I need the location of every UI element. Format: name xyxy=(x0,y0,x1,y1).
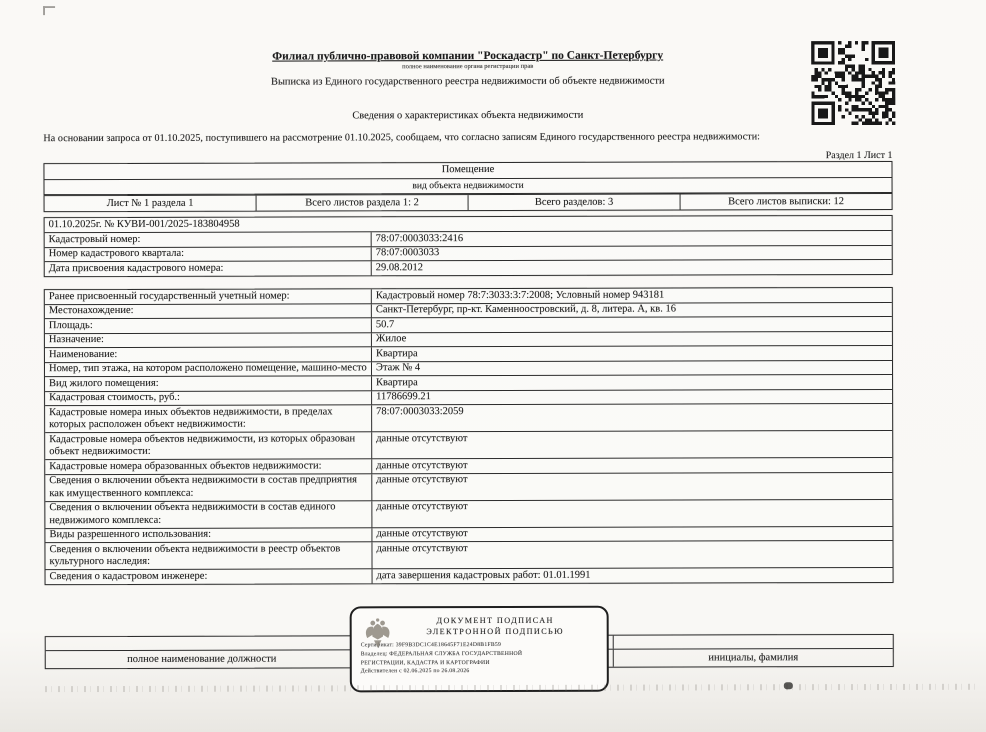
org-subtitle: полное наименование органа регистрации п… xyxy=(43,62,892,72)
stamp-line-1: ДОКУМЕНТ ПОДПИСАН xyxy=(361,615,598,627)
row-value: дата завершения кадастровых работ: 01.01… xyxy=(373,568,893,583)
table-row: Кадастровый номер: 78:07:0003033:2416 xyxy=(45,230,892,247)
stamp-line-2: ЭЛЕКТРОННОЙ ПОДПИСЬЮ xyxy=(361,626,598,638)
object-kind-caption: вид объекта недвижимости xyxy=(45,176,892,194)
row-label: Кадастровые номера образованных объектов… xyxy=(45,459,372,473)
row-label: Кадастровый номер: xyxy=(45,232,372,246)
row-value: Санкт-Петербург, пр-кт. Каменноостровски… xyxy=(372,302,892,317)
table-row: Местонахождение: Санкт-Петербург, пр-кт.… xyxy=(45,301,892,318)
row-value: данные отсутствуют xyxy=(372,458,892,473)
row-label: Сведения о кадастровом инженере: xyxy=(46,569,373,583)
sheet-info-cell: Всего листов выписки: 12 xyxy=(680,194,892,210)
row-value: данные отсутствуют xyxy=(372,431,892,458)
row-label: Дата присвоения кадастрового номера: xyxy=(45,261,372,275)
row-label: Виды разрешенного использования: xyxy=(45,528,372,542)
row-label: Кадастровые номера объектов недвижимости… xyxy=(45,432,372,459)
section-title: Сведения о характеристиках объекта недви… xyxy=(43,108,892,123)
table-row: Площадь: 50.7 xyxy=(45,316,892,333)
sheet-info-cell: Всего листов раздела 1: 2 xyxy=(256,195,468,211)
document-title: Выписка из Единого государственного реес… xyxy=(43,74,892,89)
row-label: Сведения о включении объекта недвижимост… xyxy=(45,501,372,528)
row-label: Кадастровые номера иных объектов недвижи… xyxy=(45,405,372,432)
row-label: Назначение: xyxy=(45,333,372,347)
row-label: Местонахождение: xyxy=(45,304,372,318)
table-row: Кадастровые номера образованных объектов… xyxy=(45,457,892,474)
scan-smudge xyxy=(784,682,793,689)
table-row: Кадастровые номера объектов недвижимости… xyxy=(45,430,892,459)
row-value: 29.08.2012 xyxy=(372,260,892,275)
row-value: 78:07:0003033 xyxy=(372,245,892,260)
row-label: Площадь: xyxy=(45,318,372,332)
row-value: Этаж № 4 xyxy=(372,360,892,375)
sheet-info-table: Лист № 1 раздела 1 Всего листов раздела … xyxy=(44,193,893,212)
signature-blank-right xyxy=(614,635,893,649)
row-value: Квартира xyxy=(372,375,892,390)
row-value: данные отсутствуют xyxy=(372,541,892,568)
stamp-certificate: Сертификат: 39F9B3DC1C4E18645F71E24D8B1F… xyxy=(361,642,598,650)
details-table: Ранее присвоенный государственный учетны… xyxy=(44,287,894,585)
row-value: Кадастровый номер 78:7:3033:3:7:2008; Ус… xyxy=(372,288,892,303)
electronic-signature-stamp: ДОКУМЕНТ ПОДПИСАН ЭЛЕКТРОННОЙ ПОДПИСЬЮ С… xyxy=(350,606,609,693)
row-value: данные отсутствуют xyxy=(372,499,892,526)
request-line: На основании запроса от 01.10.2025, пост… xyxy=(43,131,892,145)
row-value: 11786699.21 xyxy=(372,389,892,404)
document-page: Филиал публично-правовой компании "Роска… xyxy=(0,0,986,732)
row-label: Сведения о включении объекта недвижимост… xyxy=(45,474,372,501)
row-label: Кадастровая стоимость, руб.: xyxy=(45,391,372,405)
row-label: Номер, тип этажа, на котором расположено… xyxy=(45,362,372,376)
table-row: Назначение: Жилое xyxy=(45,330,892,347)
document-header: Филиал публично-правовой компании "Роска… xyxy=(43,49,892,164)
row-label: Ранее присвоенный государственный учетны… xyxy=(45,289,372,303)
scan-artifact xyxy=(43,6,55,15)
table-row: Номер, тип этажа, на котором расположено… xyxy=(45,359,892,376)
table-row: Наименование: Квартира xyxy=(45,345,892,362)
table-row: Сведения о кадастровом инженере: дата за… xyxy=(46,567,893,584)
row-value: 50.7 xyxy=(372,317,892,332)
scan-noise-line xyxy=(45,684,981,692)
row-value: данные отсутствуют xyxy=(372,472,892,499)
table-row: Сведения о включении объекта недвижимост… xyxy=(45,498,892,527)
row-label: Наименование: xyxy=(45,347,372,361)
table-row: Ранее присвоенный государственный учетны… xyxy=(45,288,892,304)
row-value: данные отсутствуют xyxy=(372,526,892,541)
stamp-owner-line-2: РЕГИСТРАЦИИ, КАДАСТРА И КАРТОГРАФИИ xyxy=(361,659,598,667)
table-row: Дата присвоения кадастрового номера: 29.… xyxy=(45,259,892,276)
table-row: Вид жилого помещения: Квартира xyxy=(45,374,892,391)
row-value: 78:07:0003033:2059 xyxy=(372,404,892,431)
table-row: Виды разрешенного использования: данные … xyxy=(45,525,892,542)
table-row: Номер кадастрового квартала: 78:07:00030… xyxy=(45,244,892,261)
object-kind-table: Помещение вид объекта недвижимости xyxy=(43,161,892,195)
row-label: Номер кадастрового квартала: xyxy=(45,247,372,261)
row-value: Жилое xyxy=(372,331,892,346)
table-row: Сведения о включении объекта недвижимост… xyxy=(45,540,892,569)
table-row: Сведения о включении объекта недвижимост… xyxy=(45,471,892,500)
row-label: Сведения о включении объекта недвижимост… xyxy=(45,542,372,569)
table-row: Кадастровые номера иных объектов недвижи… xyxy=(45,403,892,432)
row-value: 78:07:0003033:2416 xyxy=(372,231,892,246)
initials-label: инициалы, фамилия xyxy=(614,649,893,667)
row-label: Вид жилого помещения: xyxy=(45,376,372,390)
stamp-validity: Действителен с 02.06.2025 по 26.08.2026 xyxy=(361,668,598,676)
stamp-owner-line-1: Владелец: ФЕДЕРАЛЬНАЯ СЛУЖБА ГОСУДАРСТВЕ… xyxy=(361,651,598,659)
qr-code-icon xyxy=(811,41,895,125)
sheet-info-cell: Лист № 1 раздела 1 xyxy=(45,196,256,212)
table-row: Кадастровая стоимость, руб.: 11786699.21 xyxy=(45,388,892,405)
cadastral-table: 01.10.2025г. № КУВИ-001/2025-183804958 К… xyxy=(44,215,893,277)
double-headed-eagle-icon xyxy=(363,615,393,653)
sheet-info-cell: Всего разделов: 3 xyxy=(468,195,680,211)
row-value: Квартира xyxy=(372,346,892,361)
